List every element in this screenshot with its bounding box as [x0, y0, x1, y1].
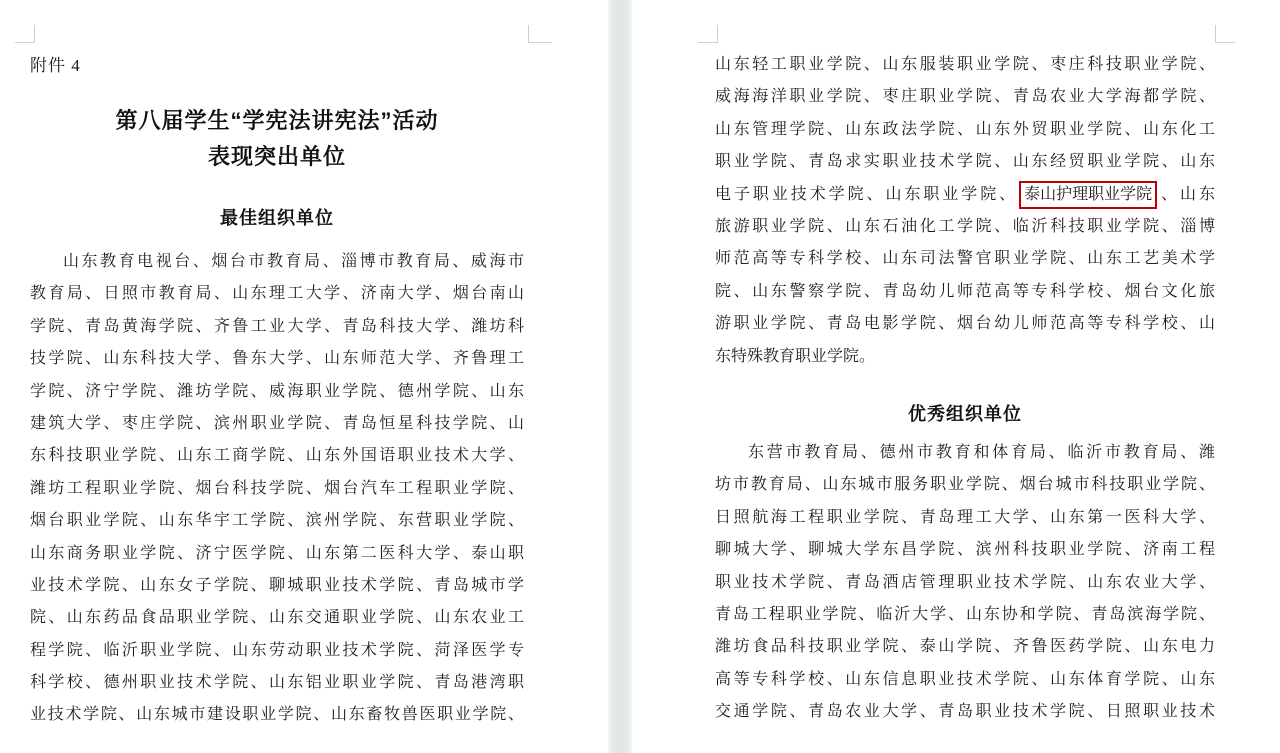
body-line: 东科技职业学院、山东工商学院、山东外国语职业技术大学、 [30, 440, 524, 472]
body-line: 程学院、临沂职业学院、山东劳动职业技术学院、菏泽医学专 [30, 635, 524, 667]
body-line: 潍坊食品科技职业学院、泰山学院、齐鲁医药学院、山东电力 [715, 631, 1215, 663]
body-line: 教育局、日照市教育局、山东理工大学、济南大学、烟台南山 [30, 278, 524, 310]
section-heading-best-units: 最佳组织单位 [30, 206, 524, 230]
document-page-left: 附件 4 第八届学生“学宪法讲宪法”活动 表现突出单位 最佳组织单位 山东教育电… [0, 0, 608, 753]
text-boundary-mark [528, 25, 552, 43]
body-line: 东营市教育局、德州市教育和体育局、临沂市教育局、潍 [715, 437, 1215, 469]
document-title: 第八届学生“学宪法讲宪法”活动 表现突出单位 [30, 103, 524, 175]
text-boundary-mark [15, 25, 35, 43]
body-line: 山东教育电视台、烟台市教育局、淄博市教育局、威海市 [30, 246, 524, 278]
body-line: 学院、青岛黄海学院、齐鲁工业大学、青岛科技大学、潍坊科 [30, 311, 524, 343]
body-line: 东特殊教育职业学院。 [715, 341, 1215, 373]
body-line: 山东商务职业学院、济宁医学院、山东第二医科大学、泰山职 [30, 538, 524, 570]
body-line: 科学校、德州职业技术学院、山东铝业职业学院、青岛港湾职 [30, 667, 524, 699]
text-boundary-mark [698, 25, 718, 43]
highlighted-unit-name: 泰山护理职业学院 [1024, 186, 1152, 203]
body-line: 日照航海工程职业学院、青岛理工大学、山东第一医科大学、 [715, 502, 1215, 534]
page-divider [608, 0, 632, 753]
highlight-box: 泰山护理职业学院 [1019, 181, 1157, 209]
body-line: 山东轻工职业学院、山东服装职业学院、枣庄科技职业学院、 [715, 49, 1215, 81]
body-line: 技学院、山东科技大学、鲁东大学、山东师范大学、齐鲁理工 [30, 343, 524, 375]
excellent-units-paragraph: 东营市教育局、德州市教育和体育局、临沂市教育局、潍 坊市教育局、山东城市服务职业… [715, 437, 1215, 729]
body-line: 烟台职业学院、山东华宇工学院、滨州学院、东营职业学院、 [30, 505, 524, 537]
body-line: 山东管理学院、山东政法学院、山东外贸职业学院、山东化工 [715, 114, 1215, 146]
body-line: 业技术学院、山东女子学院、聊城职业技术学院、青岛城市学 [30, 570, 524, 602]
body-line: 威海海洋职业学院、枣庄职业学院、青岛农业大学海都学院、 [715, 81, 1215, 113]
highlight-pre-text: 电子职业技术学院、山东职业学院、 [715, 186, 1018, 203]
document-title-line1: 第八届学生“学宪法讲宪法”活动 [30, 103, 524, 139]
body-line: 院、山东警察学院、青岛幼儿师范高等专科学校、烟台文化旅 [715, 276, 1215, 308]
body-line: 院、山东药品食品职业学院、山东交通职业学院、山东农业工 [30, 602, 524, 634]
highlight-post-text: 、山东 [1158, 186, 1215, 203]
section-heading-excellent-units: 优秀组织单位 [715, 402, 1215, 426]
body-line: 职业学院、青岛求实职业技术学院、山东经贸职业学院、山东 [715, 146, 1215, 178]
attachment-label: 附件 4 [30, 51, 81, 76]
body-line: 青岛工程职业学院、临沂大学、山东协和学院、青岛滨海学院、 [715, 599, 1215, 631]
body-line: 坊市教育局、山东城市服务职业学院、烟台城市科技职业学院、 [715, 469, 1215, 501]
body-line: 潍坊工程职业学院、烟台科技学院、烟台汽车工程职业学院、 [30, 473, 524, 505]
text-boundary-mark [1215, 25, 1235, 43]
best-units-paragraph: 山东教育电视台、烟台市教育局、淄博市教育局、威海市 教育局、日照市教育局、山东理… [30, 246, 524, 732]
document-page-right: 山东轻工职业学院、山东服装职业学院、枣庄科技职业学院、 威海海洋职业学院、枣庄职… [632, 0, 1280, 753]
body-line: 学院、济宁学院、潍坊学院、威海职业学院、德州学院、山东 [30, 376, 524, 408]
body-line: 建筑大学、枣庄学院、滨州职业学院、青岛恒星科技学院、山 [30, 408, 524, 440]
body-line: 职业技术学院、青岛酒店管理职业技术学院、山东农业大学、 [715, 567, 1215, 599]
body-line: 高等专科学校、山东信息职业技术学院、山东体育学院、山东 [715, 664, 1215, 696]
body-line: 旅游职业学院、山东石油化工学院、临沂科技职业学院、淄博 [715, 211, 1215, 243]
body-line: 游职业学院、青岛电影学院、烟台幼儿师范高等专科学校、山 [715, 308, 1215, 340]
body-line-highlight: 电子职业技术学院、山东职业学院、泰山护理职业学院、山东 [715, 179, 1215, 211]
body-line: 聊城大学、聊城大学东昌学院、滨州科技职业学院、济南工程 [715, 534, 1215, 566]
best-units-paragraph-continued: 山东轻工职业学院、山东服装职业学院、枣庄科技职业学院、 威海海洋职业学院、枣庄职… [715, 49, 1215, 373]
body-line: 业技术学院、山东城市建设职业学院、山东畜牧兽医职业学院、 [30, 699, 524, 731]
body-line: 师范高等专科学校、山东司法警官职业学院、山东工艺美术学 [715, 243, 1215, 275]
document-title-line2: 表现突出单位 [30, 139, 524, 175]
body-line: 交通学院、青岛农业大学、青岛职业技术学院、日照职业技术 [715, 696, 1215, 728]
